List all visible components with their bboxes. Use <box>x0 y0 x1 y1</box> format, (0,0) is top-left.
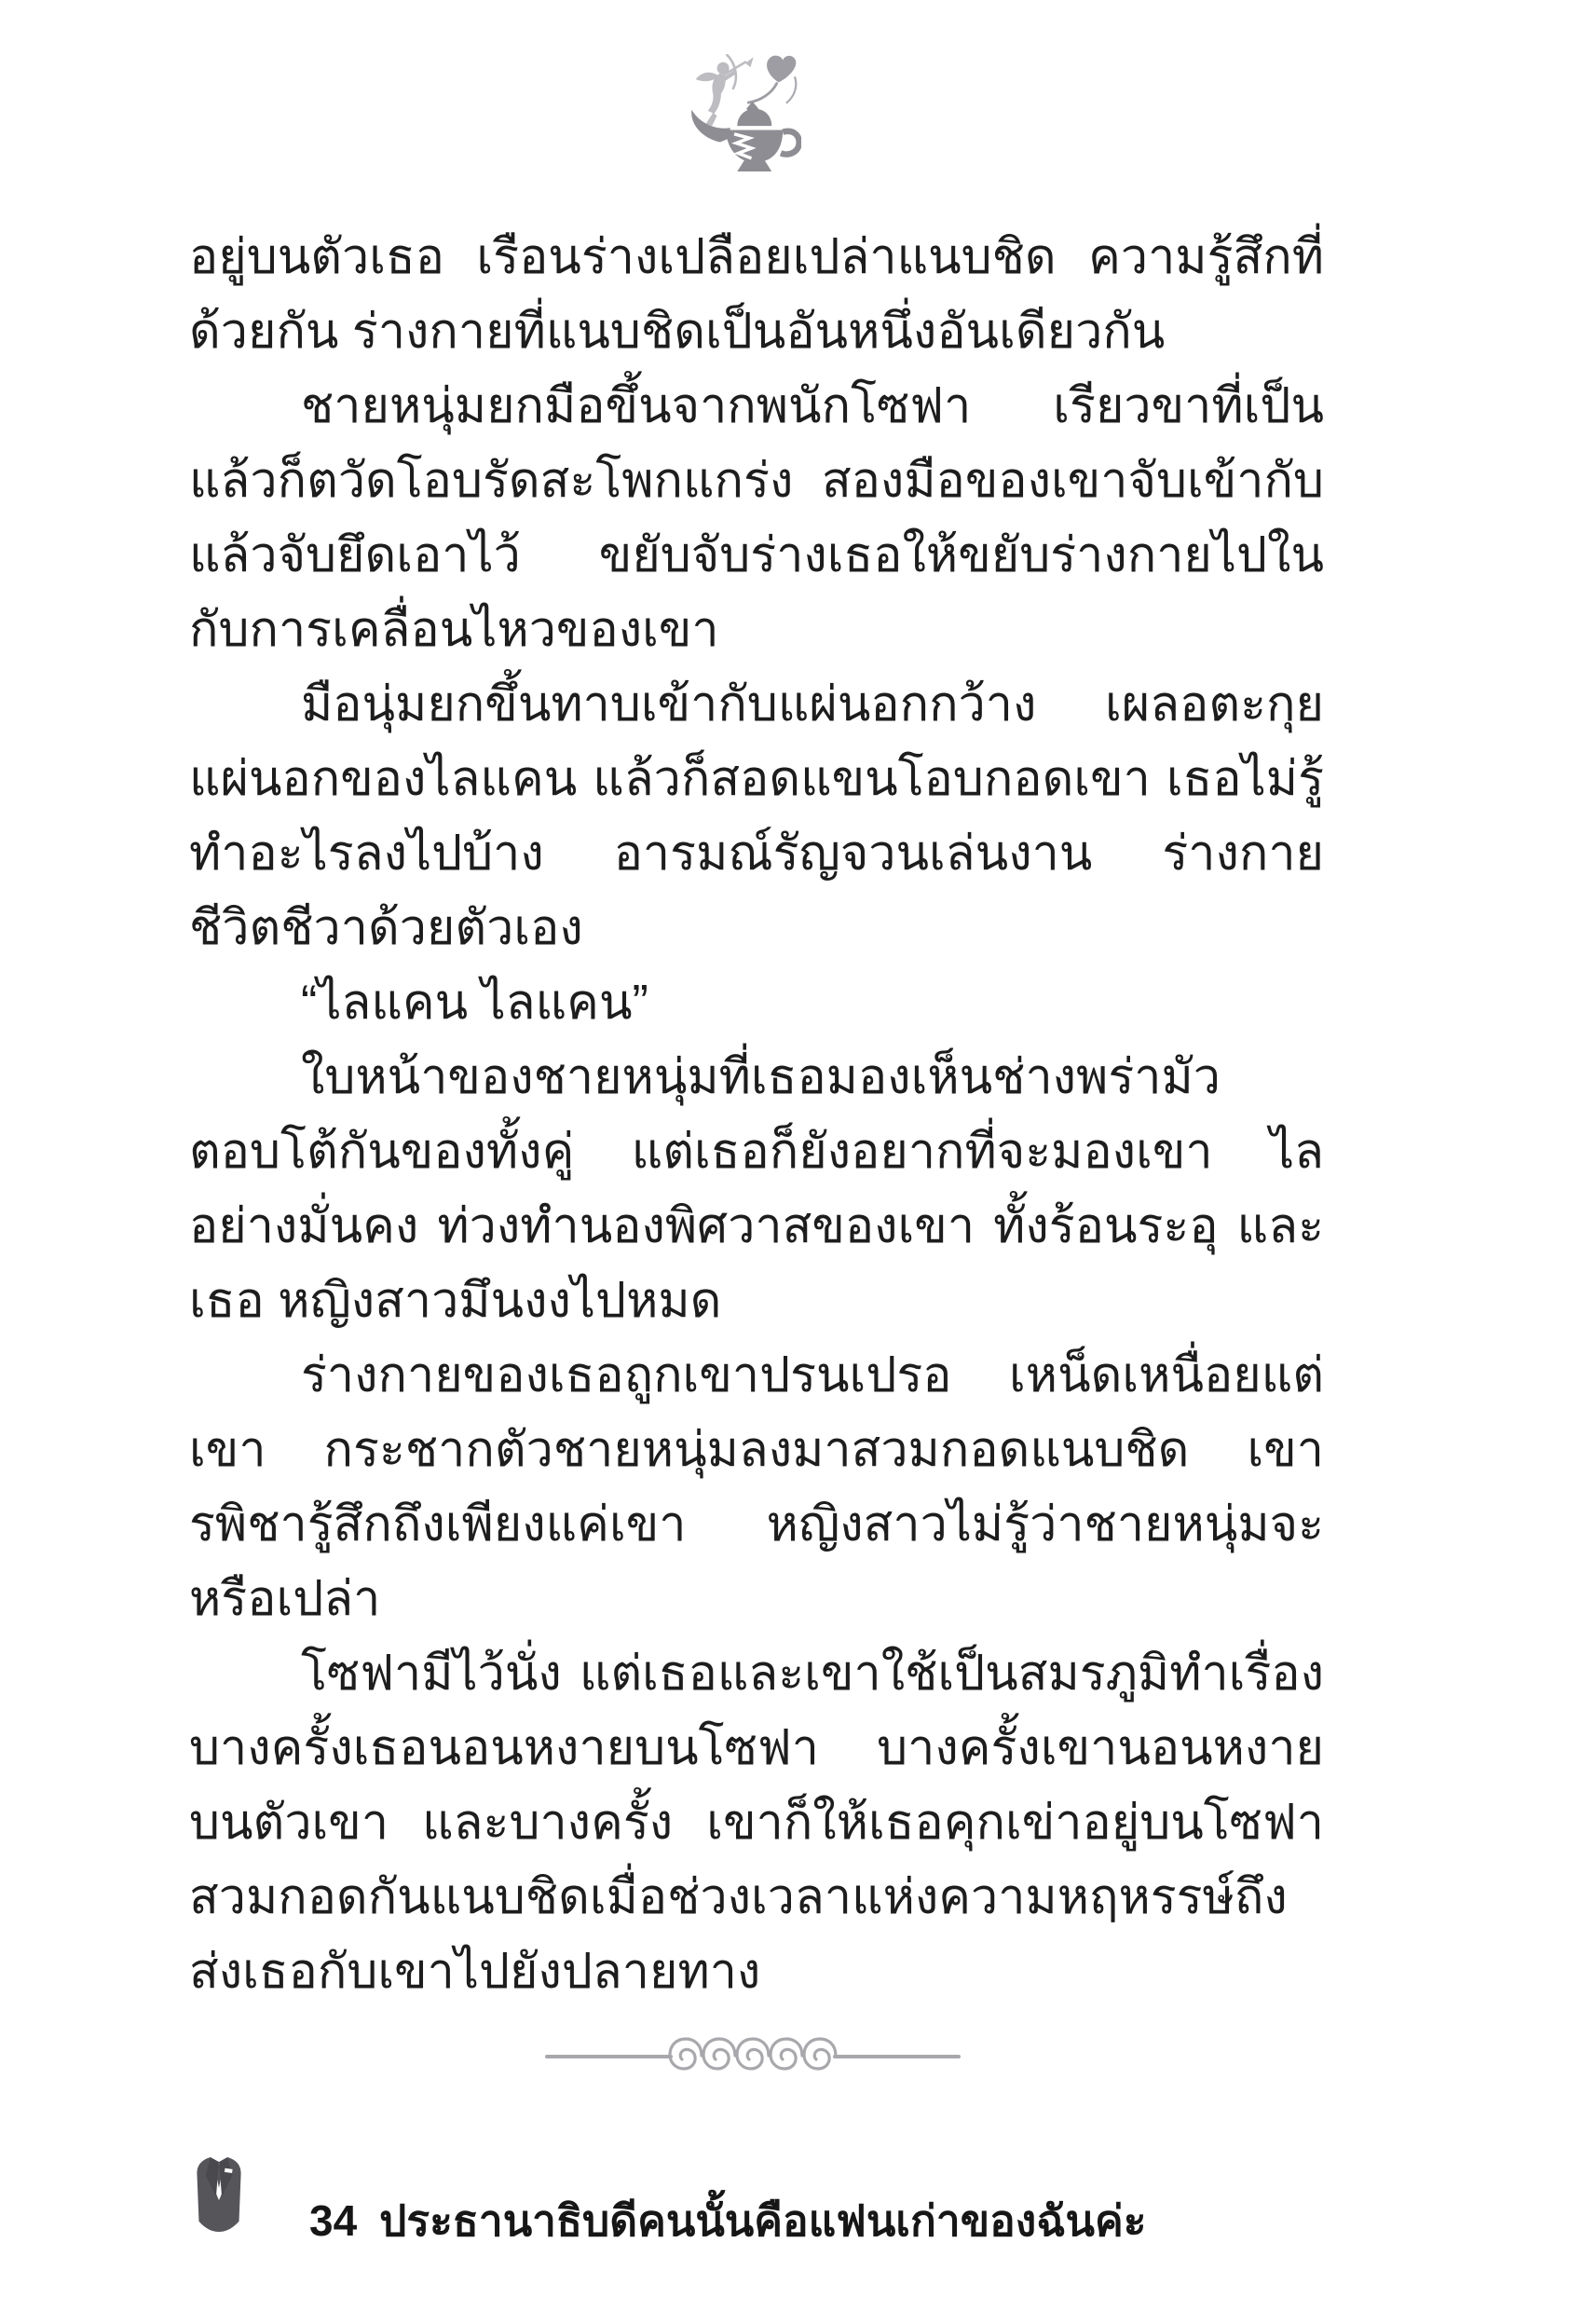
section-divider <box>545 2033 961 2080</box>
text-line: ด้วยกัน ร่างกายที่แนบชิดเป็นอันหนึ่งอันเ… <box>189 294 1324 369</box>
text-line: ส่งเธอกับเขาไปยังปลายทาง <box>189 1935 1324 2009</box>
suit-jacket-icon <box>193 2156 245 2233</box>
text-line: ชีวิตชีวาด้วยตัวเอง <box>189 891 1324 965</box>
text-line: บางครั้งเธอนอนหงายบนโซฟา บางครั้งเขานอนห… <box>189 1711 1324 1785</box>
text-line: กับการเคลื่อนไหวของเขา <box>189 593 1324 667</box>
text-line: สวมกอดกันแนบชิดเมื่อช่วงเวลาแห่งความหฤหร… <box>189 1860 1324 1935</box>
text-line: เธอ หญิงสาวมึนงงไปหมด <box>189 1264 1324 1338</box>
cupid-genie-lamp-icon <box>689 54 801 171</box>
text-line: อย่างมั่นคง ท่วงทำนองพิศวาสของเขา ทั้งร้… <box>189 1189 1324 1264</box>
text-line: บนตัวเขา และบางครั้ง เขาก็ให้เธอคุกเข่าอ… <box>189 1785 1324 1860</box>
text-line: อยู่บนตัวเธอ เรือนร่างเปลือยเปล่าแนบชิด … <box>189 220 1324 294</box>
text-line: ตอบโต้กันของทั้งคู่ แต่เธอก็ยังอยากที่จะ… <box>189 1114 1324 1189</box>
swirl-divider-icon <box>545 2033 961 2080</box>
text-line: หรือเปล่า <box>189 1562 1324 1636</box>
footer: 34 ประธานาธิบดีคนนั้นคือแฟนเก่าของฉันค่ะ <box>309 2190 1241 2251</box>
page-number: 34 <box>309 2190 357 2251</box>
page-body-text: อยู่บนตัวเธอ เรือนร่างเปลือยเปล่าแนบชิด … <box>189 220 1324 2009</box>
text-line: ร่างกายของเธอถูกเขาปรนเปรอ เหน็ดเหนื่อยแ… <box>189 1338 1324 1413</box>
text-line: ทำอะไรลงไปบ้าง อารมณ์รัญจวนเล่นงาน ร่างก… <box>189 816 1324 891</box>
book-page: อยู่บนตัวเธอ เรือนร่างเปลือยเปล่าแนบชิด … <box>0 0 1596 2311</box>
text-line: ชายหนุ่มยกมือขึ้นจากพนักโซฟา เรียวขาที่เ… <box>189 369 1324 444</box>
text-line: โซฟามีไว้นั่ง แต่เธอและเขาใช้เป็นสมรภูมิ… <box>189 1636 1324 1711</box>
text-line: ใบหน้าของชายหนุ่มที่เธอมองเห็นช่างพร่ามั… <box>189 1040 1324 1114</box>
text-line: มือนุ่มยกขึ้นทาบเข้ากับแผ่นอกกว้าง เผลอต… <box>189 667 1324 742</box>
text-line: รพิชารู้สึกถึงเพียงแค่เขา หญิงสาวไม่รู้ว… <box>189 1487 1324 1562</box>
text-line: “ไลแคน ไลแคน” <box>189 965 1324 1040</box>
text-line: แล้วจับยึดเอาไว้ ขยับจับร่างเธอให้ขยับร่… <box>189 518 1324 593</box>
suit-jacket-glyph <box>193 2156 245 2233</box>
text-line: แผ่นอกของไลแคน แล้วก็สอดแขนโอบกอดเขา เธอ… <box>189 742 1324 816</box>
text-line: เขา กระชากตัวชายหนุ่มลงมาสวมกอดแนบชิด เข… <box>189 1413 1324 1487</box>
running-book-title: ประธานาธิบดีคนนั้นคือแฟนเก่าของฉันค่ะ <box>379 2190 1146 2251</box>
text-line: แล้วก็ตวัดโอบรัดสะโพกแกร่ง สองมือของเขาจ… <box>189 444 1324 518</box>
cupid-genie-lamp-ornament <box>689 54 801 171</box>
